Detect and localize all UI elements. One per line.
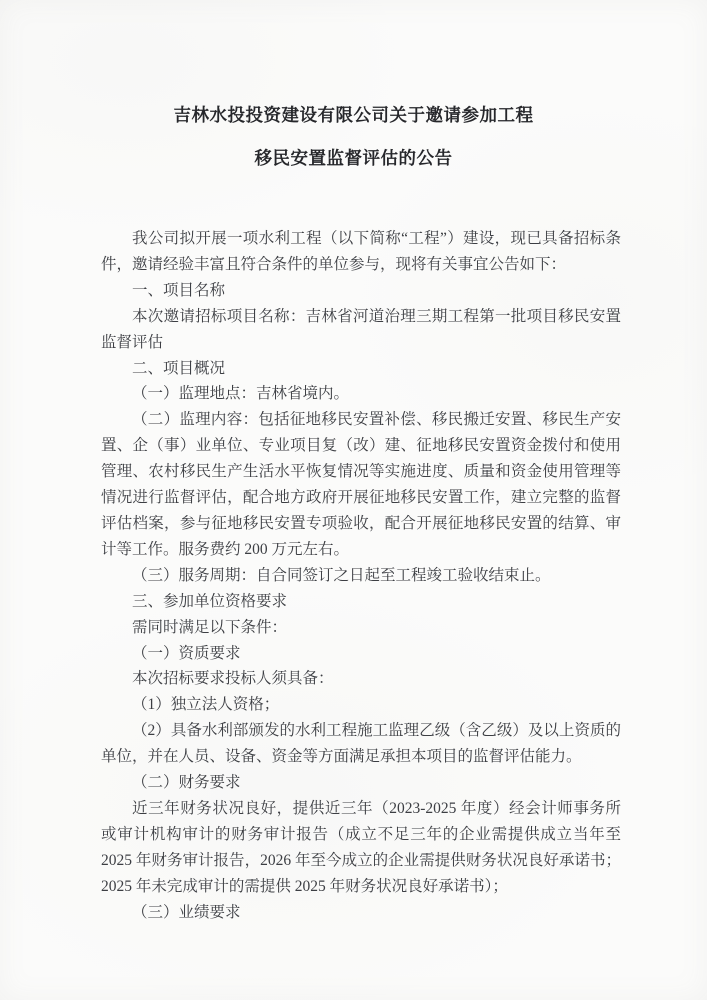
heading-section-1: 一、项目名称 <box>101 278 621 304</box>
paragraph-supervision-scope: （二）监理内容：包括征地移民安置补偿、移民搬迁安置、移民生产安置、企（事）业单位… <box>101 407 621 562</box>
paragraph-intro: 我公司拟开展一项水利工程（以下简称“工程”）建设，现已具备招标条件，邀请经验丰富… <box>101 226 621 278</box>
document-title: 吉林水投投资建设有限公司关于邀请参加工程 移民安置监督评估的公告 <box>0 0 707 180</box>
heading-qualification: （一）资质要求 <box>101 641 621 667</box>
scanned-document-page: 吉林水投投资建设有限公司关于邀请参加工程 移民安置监督评估的公告 我公司拟开展一… <box>0 0 707 1000</box>
document-body: 我公司拟开展一项水利工程（以下简称“工程”）建设，现已具备招标条件，邀请经验丰富… <box>101 226 621 925</box>
document-title-line-2: 移民安置监督评估的公告 <box>0 137 707 180</box>
paragraph-conditions-lead: 需同时满足以下条件： <box>101 615 621 641</box>
paragraph-financial-detail: 近三年财务状况良好，提供近三年（2023-2025 年度）经会计师事务所或审计机… <box>101 796 621 900</box>
paragraph-legal-person: （1）独立法人资格； <box>101 692 621 718</box>
heading-section-2: 二、项目概况 <box>101 356 621 382</box>
paragraph-service-period: （三）服务周期：自合同签订之日起至工程竣工验收结束止。 <box>101 563 621 589</box>
paragraph-license-grade: （2）具备水利部颁发的水利工程施工监理乙级（含乙级）及以上资质的单位，并在人员、… <box>101 718 621 770</box>
heading-performance: （三）业绩要求 <box>101 900 621 926</box>
heading-section-3: 三、参加单位资格要求 <box>101 589 621 615</box>
paragraph-supervision-site: （一）监理地点：吉林省境内。 <box>101 381 621 407</box>
heading-financial: （二）财务要求 <box>101 770 621 796</box>
paragraph-project-name: 本次邀请招标项目名称：吉林省河道治理三期工程第一批项目移民安置监督评估 <box>101 304 621 356</box>
document-title-line-1: 吉林水投投资建设有限公司关于邀请参加工程 <box>0 94 707 137</box>
paragraph-bidder-lead: 本次招标要求投标人须具备： <box>101 666 621 692</box>
